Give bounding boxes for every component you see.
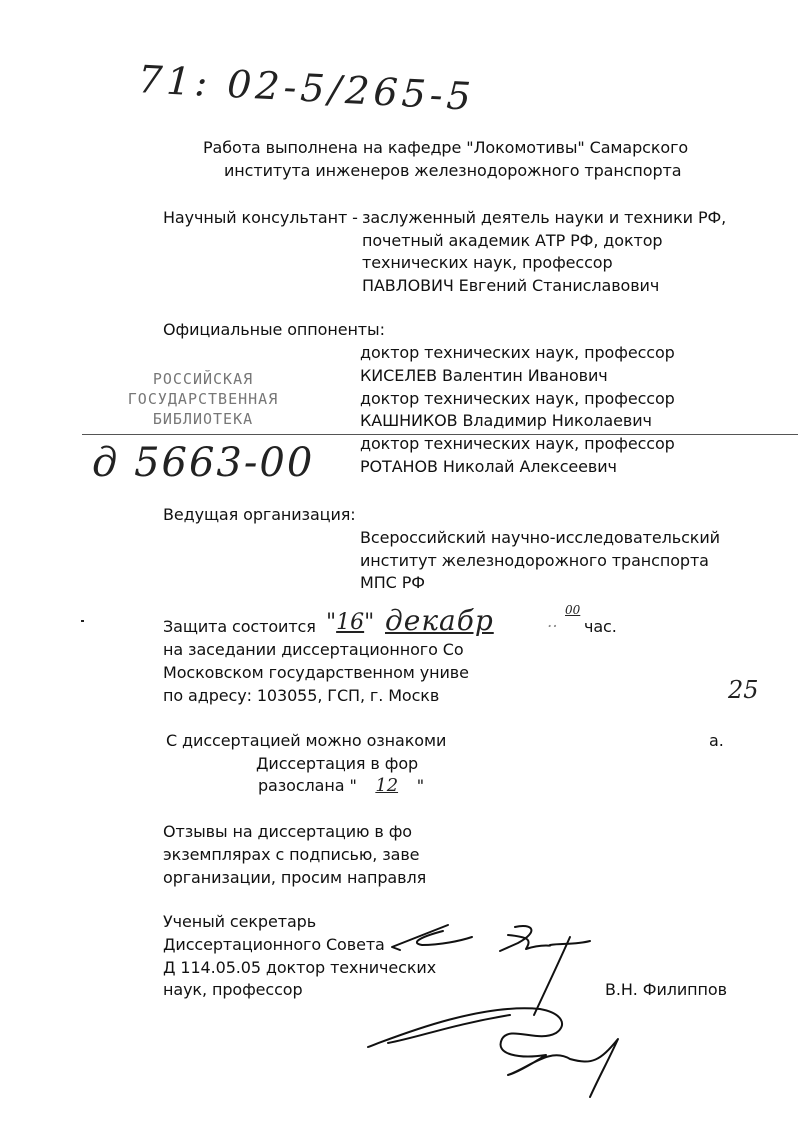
library-stamp: РОССИЙСКАЯ ГОСУДАРСТВЕННАЯ БИБЛИОТЕКА <box>98 369 308 429</box>
handwritten-defense-day: "16" <box>326 610 374 635</box>
stamp-line-2: ГОСУДАРСТВЕННАЯ <box>98 389 308 409</box>
header-line-2: института инженеров железнодорожного тра… <box>224 161 681 181</box>
defense-line-2: на заседании диссертационного Со <box>163 640 464 660</box>
reviews-line-3: организации, просим направля <box>163 868 426 888</box>
opponent-name: КИСЕЛЕВ Валентин Иванович <box>360 366 608 386</box>
handwritten-hour-marks: ‥ <box>547 612 558 631</box>
consultant-line: технических наук, профессор <box>362 253 613 273</box>
library-line-1: С диссертацией можно ознакоми <box>166 731 446 751</box>
opponent-title: доктор технических наук, профессор <box>360 389 675 409</box>
defense-hour-suffix: час. <box>584 617 617 637</box>
handwritten-catalog-number: 71: 02-5/265-5 <box>137 57 476 119</box>
secretary-line: наук, профессор <box>163 980 303 1000</box>
signature-icon <box>300 915 640 1105</box>
defense-line-4: по адресу: 103055, ГСП, г. Москв <box>163 686 439 706</box>
library-line-2: Диссертация в фор <box>256 754 418 774</box>
lead-org-line: Всероссийский научно-исследовательский <box>360 528 720 548</box>
lead-org-line: МПС РФ <box>360 573 425 593</box>
header-line-1: Работа выполнена на кафедре "Локомотивы"… <box>203 138 688 158</box>
handwritten-library-code: д 5663-00 <box>92 440 314 486</box>
handwritten-hour-minutes: 00 <box>565 603 580 617</box>
opponent-name: РОТАНОВ Николай Алексеевич <box>360 457 617 477</box>
consultant-line: заслуженный деятель науки и техники РФ, <box>362 208 726 228</box>
lead-org-line: институт железнодорожного транспорта <box>360 551 709 571</box>
library-line-3: разослана "12" <box>258 776 424 796</box>
stray-dot <box>81 620 84 622</box>
mailed-prefix: разослана <box>258 776 344 795</box>
handwritten-mailed-day: 12 <box>357 776 417 796</box>
consultant-line: почетный академик АТР РФ, доктор <box>362 231 662 251</box>
consultant-name: ПАВЛОВИЧ Евгений Станиславович <box>362 276 659 296</box>
stamp-line-3: БИБЛИОТЕКА <box>98 409 308 429</box>
horizontal-rule <box>82 434 798 435</box>
opponent-title: доктор технических наук, профессор <box>360 343 675 363</box>
stamp-line-1: РОССИЙСКАЯ <box>98 369 308 389</box>
defense-line-3: Московском государственном униве <box>163 663 469 683</box>
opponent-title: доктор технических наук, профессор <box>360 434 675 454</box>
secretary-line: Ученый секретарь <box>163 912 316 932</box>
handwritten-defense-month: декабр <box>385 604 494 637</box>
opponents-label: Официальные оппоненты: <box>163 320 385 340</box>
opponent-name: КАШНИКОВ Владимир Николаевич <box>360 411 652 431</box>
reviews-line-2: экземплярах с подписью, заве <box>163 845 419 865</box>
consultant-label: Научный консультант - <box>163 208 358 228</box>
reviews-line-1: Отзывы на диссертацию в фо <box>163 822 412 842</box>
handwritten-corner-mark: 25 <box>728 676 759 704</box>
defense-day: 16 <box>336 610 364 635</box>
library-line-1-end: а. <box>709 731 724 751</box>
lead-org-label: Ведущая организация: <box>163 505 356 525</box>
defense-line-1: Защита состоится <box>163 617 316 637</box>
defense-prefix: Защита состоится <box>163 617 316 636</box>
